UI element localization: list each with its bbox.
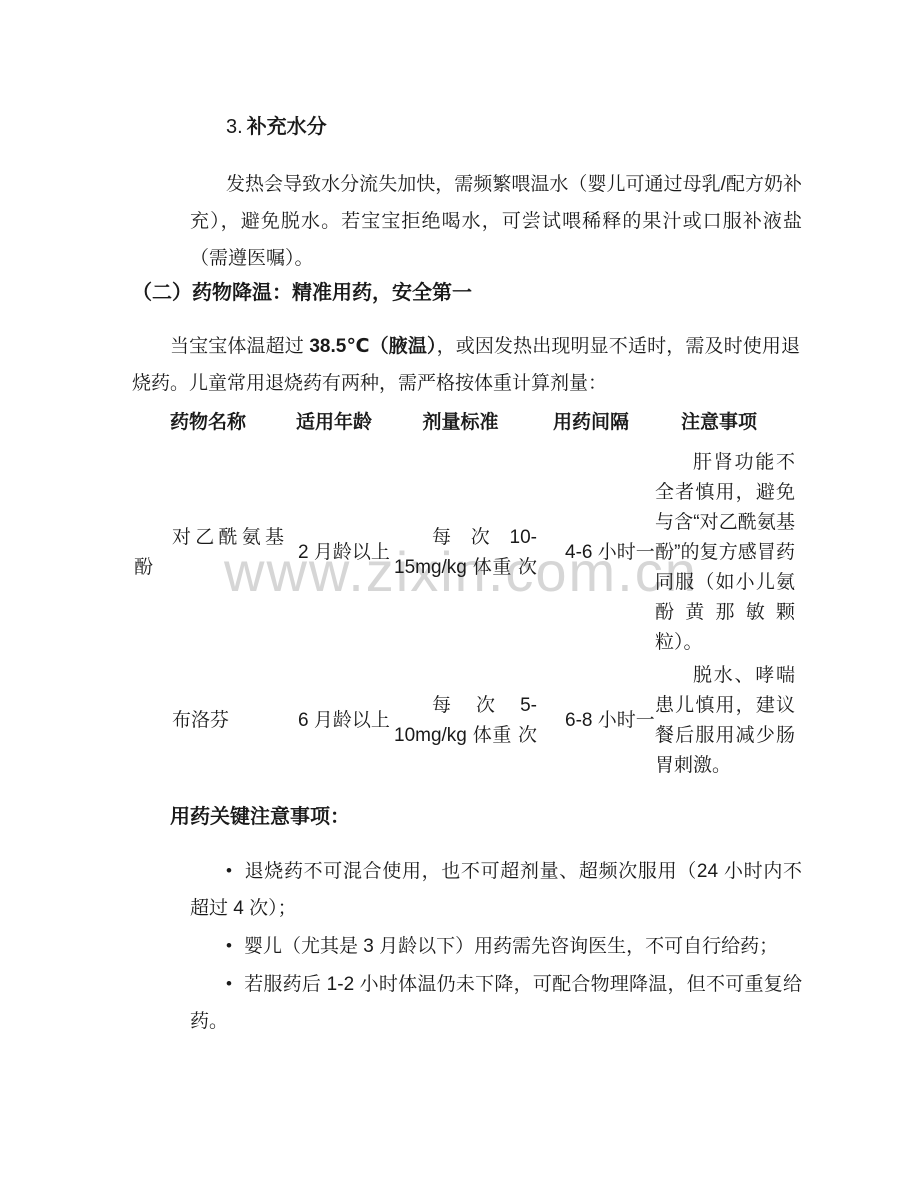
bullet-icon: • — [226, 927, 232, 964]
drug-name-cell: 布洛芬 — [132, 706, 284, 736]
list-item: •婴儿（尤其是 3 月龄以下）用药需先咨询医生，不可自行给药； — [190, 927, 802, 965]
key-notes-list: •退烧药不可混合使用，也不可超剂量、超频次服用（24 小时内不超过 4 次）； … — [190, 852, 802, 1040]
subsection-number: 3. — [226, 116, 243, 138]
dose-cell: 每 次 5- 10mg/kg 体重 次 — [384, 691, 539, 751]
list-item: •若服药后 1-2 小时体温仍未下降，可配合物理降温，但不可重复给药。 — [190, 965, 802, 1040]
dose-line-1: 每 次 10- — [394, 523, 537, 553]
bullet-icon: • — [226, 965, 232, 1002]
column-header-age: 适用年龄 — [284, 406, 384, 440]
medication-intro-paragraph: 当宝宝体温超过 38.5℃（腋温），或因发热出现明显不适时，需及时使用退烧药。儿… — [132, 328, 800, 402]
notes-cell: 肝肾功能不全者慎用，避免与含“对乙酰氨基酚”的复方感冒药同服（如小儿氨酚黄那敏颗… — [643, 448, 795, 658]
intro-text-prefix: 当宝宝体温超过 — [170, 336, 309, 357]
key-notes-heading: 用药关键注意事项： — [132, 802, 800, 832]
dose-line-2: 10mg/kg 体重 次 — [394, 721, 537, 751]
interval-cell: 6-8 小时一 — [539, 706, 643, 736]
list-item: •退烧药不可混合使用，也不可超剂量、超频次服用（24 小时内不超过 4 次）； — [190, 852, 802, 927]
table-row-ibuprofen: 布洛芬 6 月龄以上 每 次 5- 10mg/kg 体重 次 6-8 小时一 脱… — [132, 661, 795, 781]
drug-table-header-row: 药物名称 适用年龄 剂量标准 用药间隔 注意事项 — [132, 406, 795, 440]
list-item-text: 婴儿（尤其是 3 月龄以下）用药需先咨询医生，不可自行给药； — [244, 936, 778, 957]
dose-line-2: 15mg/kg 体重 次 — [394, 553, 537, 583]
interval-cell: 4-6 小时一 — [539, 538, 643, 568]
drug-name-cell: 对乙酰氨基酚 — [132, 523, 284, 583]
temperature-threshold: 38.5℃（腋温） — [309, 336, 436, 357]
dose-cell: 每 次 10- 15mg/kg 体重 次 — [384, 523, 539, 583]
subsection-heading-hydration: 3.补充水分 — [226, 112, 327, 142]
table-row-acetaminophen: 对乙酰氨基酚 2 月龄以上 每 次 10- 15mg/kg 体重 次 4-6 小… — [132, 448, 795, 658]
hydration-paragraph: 发热会导致水分流失加快，需频繁喂温水（婴儿可通过母乳/配方奶补充），避免脱水。若… — [190, 166, 802, 277]
drug-table: 药物名称 适用年龄 剂量标准 用药间隔 注意事项 对乙酰氨基酚 2 月龄以上 每… — [132, 406, 795, 781]
age-cell: 2 月龄以上 — [284, 538, 384, 568]
dose-line-1: 每 次 5- — [394, 691, 537, 721]
age-cell: 6 月龄以上 — [284, 706, 384, 736]
list-item-text: 退烧药不可混合使用，也不可超剂量、超频次服用（24 小时内不超过 4 次）； — [190, 861, 802, 919]
column-header-dose: 剂量标准 — [384, 406, 539, 440]
column-header-notes: 注意事项 — [643, 406, 795, 440]
subsection-title: 补充水分 — [247, 116, 327, 138]
column-header-interval: 用药间隔 — [539, 406, 643, 440]
section-heading-medication: （二）药物降温：精准用药，安全第一 — [132, 278, 800, 308]
bullet-icon: • — [226, 852, 232, 889]
column-header-drug-name: 药物名称 — [132, 406, 284, 440]
notes-cell: 脱水、哮喘患儿慎用，建议餐后服用减少肠胃刺激。 — [643, 661, 795, 781]
list-item-text: 若服药后 1-2 小时体温仍未下降，可配合物理降温，但不可重复给药。 — [190, 974, 802, 1032]
